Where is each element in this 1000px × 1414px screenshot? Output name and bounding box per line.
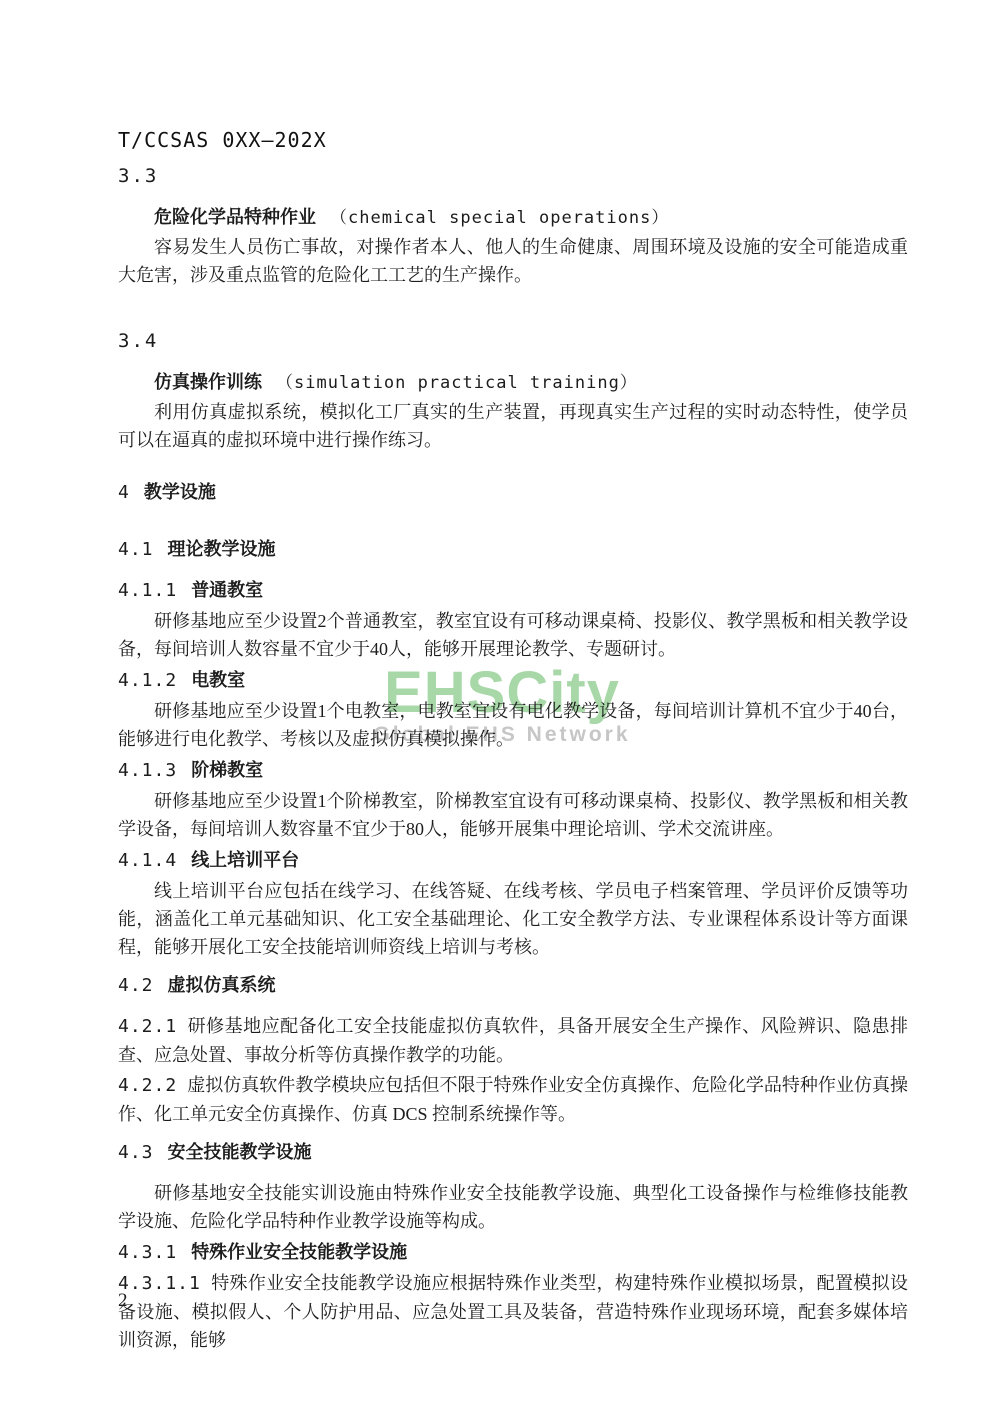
paragraph-text: 虚拟仿真软件教学模块应包括但不限于特殊作业安全仿真操作、危险化学品特种作业仿真操…: [118, 1075, 908, 1124]
section-heading: 4.1.3阶梯教室: [118, 756, 908, 785]
standard-number-header: T/CCSAS 0XX—202X: [118, 128, 327, 152]
clause-number: 3.3: [118, 162, 908, 190]
section-heading-number: 4.3.1: [118, 1242, 177, 1263]
section-heading: 4教学设施: [118, 478, 908, 507]
section-heading-title: 教学设施: [144, 482, 216, 502]
section-heading: 4.2虚拟仿真系统: [118, 971, 908, 1000]
section-heading-number: 4.1: [118, 539, 154, 560]
clause-number: 3.4: [118, 327, 908, 355]
section-heading-number: 4.1.3: [118, 760, 177, 781]
term-english-text: （simulation practical training）: [276, 373, 638, 393]
numbered-paragraph: 4.2.1研修基地应配备化工安全技能虚拟仿真软件，具备开展安全生产操作、风险辨识…: [118, 1012, 908, 1069]
section-heading: 4.3.1特殊作业安全技能教学设施: [118, 1238, 908, 1267]
document-page: T/CCSAS 0XX—202X EHSCity Global EHS Netw…: [0, 0, 1000, 1414]
section-heading-number: 4.2: [118, 975, 154, 996]
section-heading-title: 理论教学设施: [168, 539, 276, 559]
paragraph: 研修基地安全技能实训设施由特殊作业安全技能教学设施、典型化工设备操作与检维修技能…: [118, 1179, 908, 1235]
section-heading-title: 阶梯教室: [191, 760, 263, 780]
section-heading: 4.1.2电教室: [118, 666, 908, 695]
paragraph: 利用仿真虚拟系统，模拟化工厂真实的生产装置，再现真实生产过程的实时动态特性，使学…: [118, 398, 908, 454]
section-heading: 4.1.1普通教室: [118, 576, 908, 605]
paragraph: 研修基地应至少设置2个普通教室，教室宜设有可移动课桌椅、投影仪、教学黑板和相关教…: [118, 607, 908, 663]
paragraph-number: 4.2.2: [118, 1075, 177, 1096]
term-definition-heading: 仿真操作训练（simulation practical training）: [118, 368, 908, 397]
section-heading-title: 电教室: [191, 670, 245, 690]
numbered-paragraph: 4.2.2虚拟仿真软件教学模块应包括但不限于特殊作业安全仿真操作、危险化学品特种…: [118, 1071, 908, 1128]
term-text: 危险化学品特种作业: [154, 207, 316, 227]
section-heading-number: 4.1.1: [118, 580, 177, 601]
paragraph-number: 4.2.1: [118, 1016, 177, 1037]
section-heading: 4.1理论教学设施: [118, 535, 908, 564]
section-heading-number: 4.1.2: [118, 670, 177, 691]
section-heading: 4.1.4线上培训平台: [118, 846, 908, 875]
section-heading: 4.3安全技能教学设施: [118, 1138, 908, 1167]
paragraph-number: 4.3.1.1: [118, 1273, 201, 1294]
page-number: 2: [118, 1290, 128, 1312]
section-heading-title: 线上培训平台: [191, 850, 299, 870]
section-heading-title: 特殊作业安全技能教学设施: [191, 1242, 407, 1262]
section-heading-number: 4.3: [118, 1142, 154, 1163]
section-heading-title: 虚拟仿真系统: [168, 975, 276, 995]
section-heading-number: 4.1.4: [118, 850, 177, 871]
section-heading-number: 4: [118, 482, 130, 503]
paragraph: 研修基地应至少设置1个阶梯教室，阶梯教室宜设有可移动课桌椅、投影仪、教学黑板和相…: [118, 787, 908, 843]
numbered-paragraph: 4.3.1.1特殊作业安全技能教学设施应根据特殊作业类型，构建特殊作业模拟场景，…: [118, 1269, 908, 1354]
paragraph: 线上培训平台应包括在线学习、在线答疑、在线考核、学员电子档案管理、学员评价反馈等…: [118, 877, 908, 961]
term-english-text: （chemical special operations）: [330, 208, 669, 228]
paragraph: 研修基地应至少设置1个电教室，电教室宜设有电化教学设备，每间培训计算机不宜少于4…: [118, 697, 908, 753]
section-heading-title: 安全技能教学设施: [168, 1142, 312, 1162]
term-text: 仿真操作训练: [154, 372, 262, 392]
paragraph-text: 特殊作业安全技能教学设施应根据特殊作业类型，构建特殊作业模拟场景，配置模拟设备设…: [118, 1273, 908, 1350]
paragraph: 容易发生人员伤亡事故，对操作者本人、他人的生命健康、周围环境及设施的安全可能造成…: [118, 233, 908, 289]
paragraph-text: 研修基地应配备化工安全技能虚拟仿真软件，具备开展安全生产操作、风险辨识、隐患排查…: [118, 1016, 908, 1065]
term-definition-heading: 危险化学品特种作业（chemical special operations）: [118, 203, 908, 232]
section-heading-title: 普通教室: [191, 580, 263, 600]
document-body: 3.3危险化学品特种作业（chemical special operations…: [118, 158, 908, 1354]
